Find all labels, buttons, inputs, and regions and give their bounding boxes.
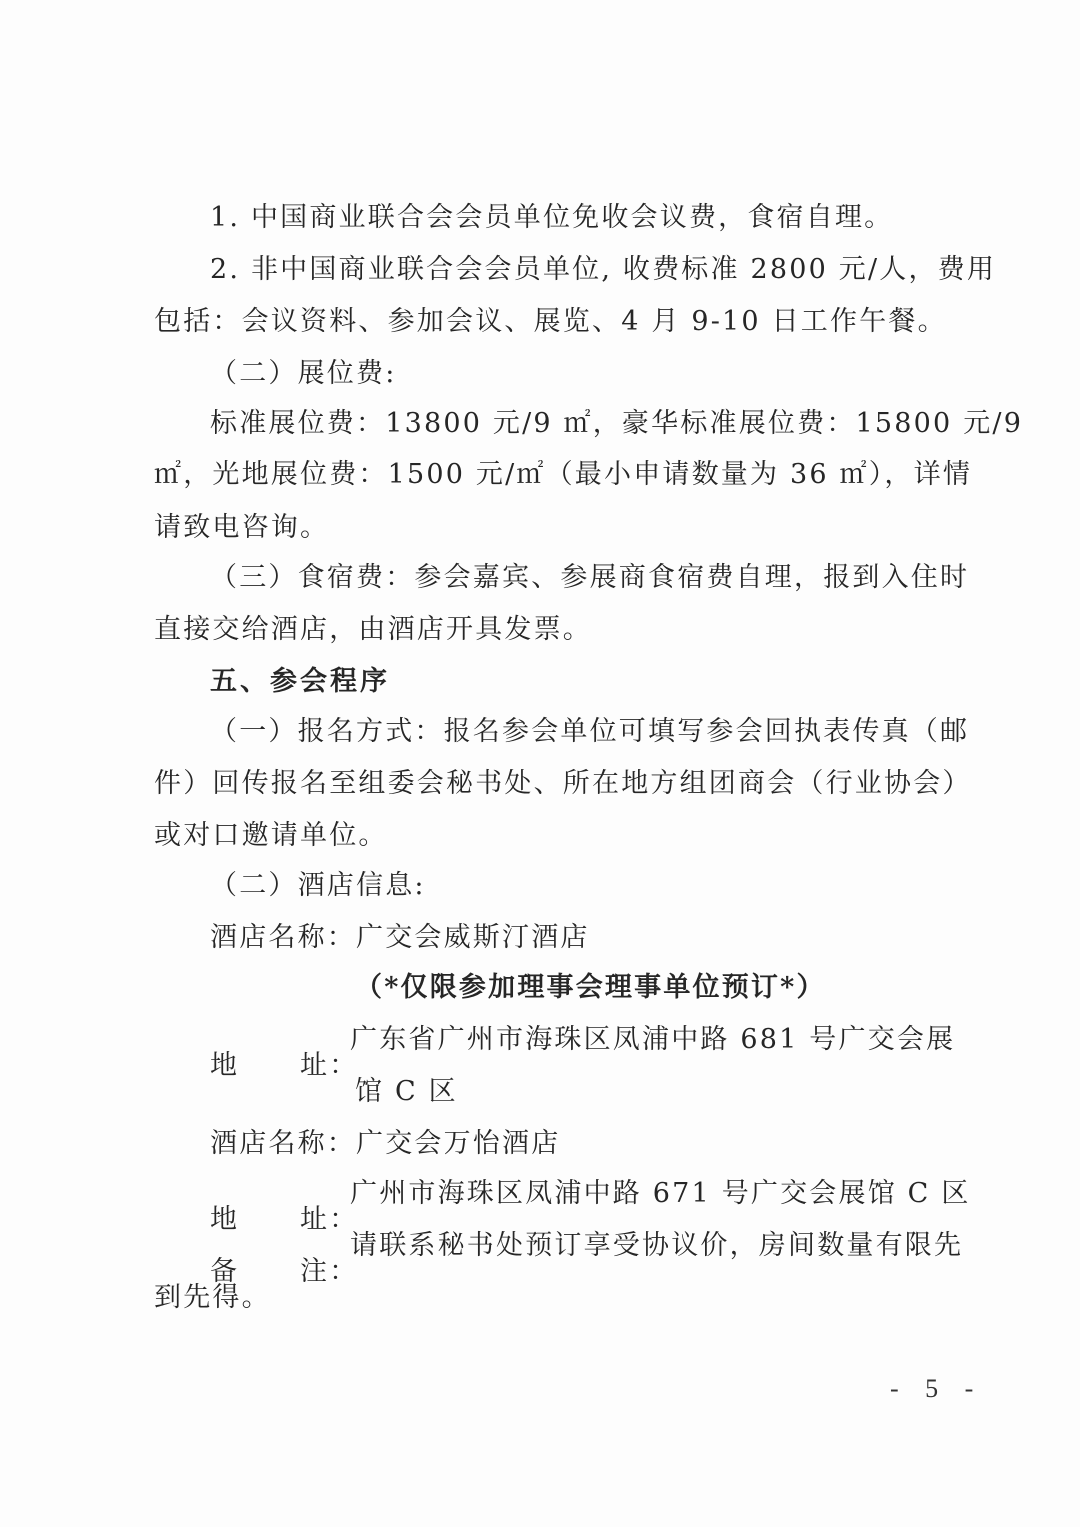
fee-item-1: 1. 中国商业联合会会员单位免收会议费，食宿自理。 [210,200,893,236]
fee-item-2-line1: 2. 非中国商业联合会会员单位, 收费标准 2800 元/人，费用 [210,252,996,288]
hotel2-address: 广州市海珠区凤浦中路 671 号广交会展馆 C 区 [350,1178,971,1209]
hotel1-address-line2: 馆 C 区 [355,1074,458,1110]
booth-fee-line2: ㎡，光地展位费：1500 元/㎡（最小申请数量为 36 ㎡），详情 [154,457,972,493]
registration-line3: 或对口邀请单位。 [154,818,388,854]
booth-fee-line3: 请致电咨询。 [154,510,329,546]
hotel1-address-line1: 广东省广州市海珠区凤浦中路 681 号广交会展 [350,1024,955,1055]
hotel2-name-row: 酒店名称：广交会万怡酒店 [210,1126,560,1162]
hotel-info-heading: （二）酒店信息: [210,868,426,904]
hotel1-name: 广交会威斯汀酒店 [356,922,590,953]
accommodation-fee-line1: （三）食宿费：参会嘉宾、参展商食宿费自理，报到入住时 [210,560,969,596]
booth-fee-line1: 标准展位费：13800 元/9 ㎡，豪华标准展位费：15800 元/9 [210,406,1023,442]
section-5-heading: 五、参会程序 [210,664,390,700]
page-number: - 5 - [890,1374,983,1404]
hotel1-address-row: 地址：广东省广州市海珠区凤浦中路 681 号广交会展 [210,1022,955,1058]
registration-line2: 件）回传报名至组委会秘书处、所在地方组团商会（行业协会） [154,766,972,802]
hotel2-remark-row: 备注：请联系秘书处预订享受协议价，房间数量有限先 [210,1228,963,1264]
accommodation-fee-line2: 直接交给酒店，由酒店开具发票。 [154,612,592,648]
booth-fee-heading: （二）展位费: [210,356,397,392]
hotel2-remark-line2: 到先得。 [154,1280,271,1316]
hotel2-name: 广交会万怡酒店 [356,1128,560,1159]
registration-line1: （一）报名方式：报名参会单位可填写参会回执表传真（邮 [210,714,969,750]
hotel1-name-row: 酒店名称：广交会威斯汀酒店 [210,920,590,956]
hotel1-name-label: 酒店名称： [210,922,356,953]
fee-item-2-line2: 包括：会议资料、参加会议、展览、4 月 9-10 日工作午餐。 [154,304,947,340]
hotel2-address-row: 地址：广州市海珠区凤浦中路 671 号广交会展馆 C 区 [210,1176,971,1212]
hotel2-name-label: 酒店名称： [210,1128,356,1159]
hotel1-note: （*仅限参加理事会理事单位预订*） [355,970,826,1006]
hotel2-remark-line1: 请联系秘书处预订享受协议价，房间数量有限先 [350,1230,963,1261]
